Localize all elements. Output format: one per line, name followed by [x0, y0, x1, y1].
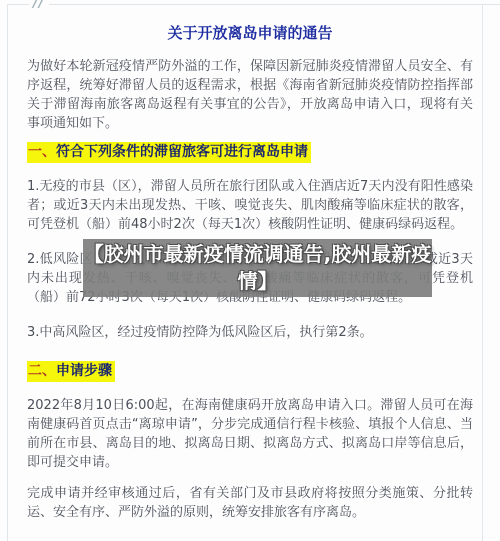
frame-right-line [482, 4, 483, 541]
intro-paragraph: 为做好本轮新冠疫情严防外溢的工作，保障因新冠肺炎疫情滞留人员安全、有序返程，统筹… [27, 57, 473, 133]
watermark-overlay: 【胶州市最新疫情流调通告,胶州最新疫情】 [83, 239, 432, 297]
section1-highlight: 一、符合下列条件的滞留旅客可进行离岛申请 [27, 142, 311, 163]
section1-header: 一、符合下列条件的滞留旅客可进行离岛申请 [27, 141, 473, 163]
closing-paragraph: 完成申请并经审核通过后，省有关部门及市县政府将按照分类施策、分批转运、安全有序、… [27, 484, 473, 522]
section2-header: 二、申请步骤 [27, 360, 473, 382]
section1-title: 符合下列条件的滞留旅客可进行离岛申请 [56, 144, 308, 160]
section1-number: 一、 [28, 144, 56, 160]
section2-title: 申请步骤 [56, 363, 112, 379]
condition-item-1: 1.无疫的市县（区），滞留人员所在旅行团队或入住酒店近7天内没有阳性感染者；或近… [27, 177, 473, 234]
steps-paragraph: 2022年8月10日6:00起，在海南健康码开放离岛申请入口。滞留人员可在海南健… [27, 396, 473, 472]
section2-highlight: 二、申请步骤 [27, 361, 115, 382]
notice-title: 关于开放离岛申请的通告 [27, 24, 473, 43]
condition-item-3: 3.中高风险区，经过疫情防控降为低风险区后，执行第2条。 [27, 323, 473, 342]
section2-number: 二、 [28, 363, 56, 379]
frame-left-line [7, 4, 8, 541]
watermark-text: 【胶州市最新疫情流调通告,胶州最新疫情】 [83, 241, 432, 295]
